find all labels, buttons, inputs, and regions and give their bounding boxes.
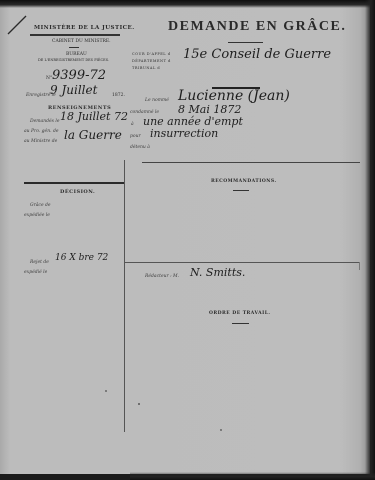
- decision-divider: [24, 182, 124, 184]
- pen-stroke-mark: [6, 14, 28, 36]
- section-divider: [142, 162, 360, 163]
- rejet-signed-label: expédié le: [24, 270, 47, 275]
- departement-label: DÉPARTEMENT d: [132, 59, 171, 63]
- scan-edge-bottom: [130, 472, 375, 480]
- divider: [69, 47, 79, 48]
- crime-value: insurrection: [150, 127, 218, 140]
- registration-number: 9399-72: [52, 68, 106, 83]
- divider: [30, 34, 120, 36]
- named-label: Le nommé: [145, 98, 169, 103]
- cabinet-label: CABINET DU MINISTRE.: [52, 39, 111, 44]
- cour-appel-label: COUR D'APPEL d: [132, 52, 170, 56]
- paper-speck: [105, 390, 107, 392]
- detained-label: détenu à: [130, 145, 150, 150]
- box-edge: [359, 262, 360, 270]
- divider: [232, 323, 249, 324]
- recommandations-heading: RECOMMANDATIONS.: [211, 179, 277, 184]
- grace-signed-label: expédiée le: [24, 213, 50, 218]
- paper-speck: [220, 429, 222, 431]
- convict-name: Lucienne (Jean): [178, 88, 290, 104]
- crime-label: pour: [130, 134, 141, 139]
- demanded-label: Demandés le: [30, 119, 60, 124]
- paper-speck: [138, 403, 140, 405]
- bureau-label: BUREAU: [66, 52, 87, 57]
- court-value: 15e Conseil de Guerre: [183, 47, 331, 62]
- rejet-date: 16 X bre 72: [55, 253, 108, 263]
- demanded-date: 18 Juillet 72: [60, 110, 128, 123]
- ordre-heading: ORDRE DE TRAVAIL.: [209, 311, 270, 316]
- divider: [233, 190, 249, 191]
- title-underline: [228, 42, 263, 43]
- redacteur-value: N. Smitts.: [190, 266, 245, 279]
- column-divider: [124, 160, 125, 432]
- ministry-heading: MINISTÈRE DE LA JUSTICE.: [34, 25, 135, 31]
- ministry-of-value: la Guerre: [64, 128, 122, 142]
- grace-label: Grâce de: [30, 203, 51, 208]
- scan-edge-right: [365, 0, 375, 480]
- sentence-label: à: [131, 122, 134, 127]
- document-page: MINISTÈRE DE LA JUSTICE. CABINET DU MINI…: [0, 4, 370, 474]
- bureau-sub-label: DE L'ENREGISTREMENT DES PIÈCES.: [38, 58, 109, 62]
- scan-edge-top: [0, 0, 375, 8]
- redacteur-label: Rédacteur : M.: [145, 274, 179, 279]
- rejet-label: Rejet de: [30, 260, 49, 265]
- ministry-of-label: au Ministre de: [24, 139, 57, 144]
- proc-gen-label: au Pro. gén. de: [24, 129, 59, 134]
- document-title: DEMANDE EN GRÂCE.: [168, 19, 346, 35]
- redacteur-top-border: [124, 262, 359, 263]
- registered-year: 1872.: [112, 93, 125, 98]
- tribunal-label: TRIBUNAL d: [132, 66, 160, 70]
- registered-date: 9 Juillet: [50, 83, 97, 97]
- decision-heading: DÉCISION.: [60, 189, 95, 195]
